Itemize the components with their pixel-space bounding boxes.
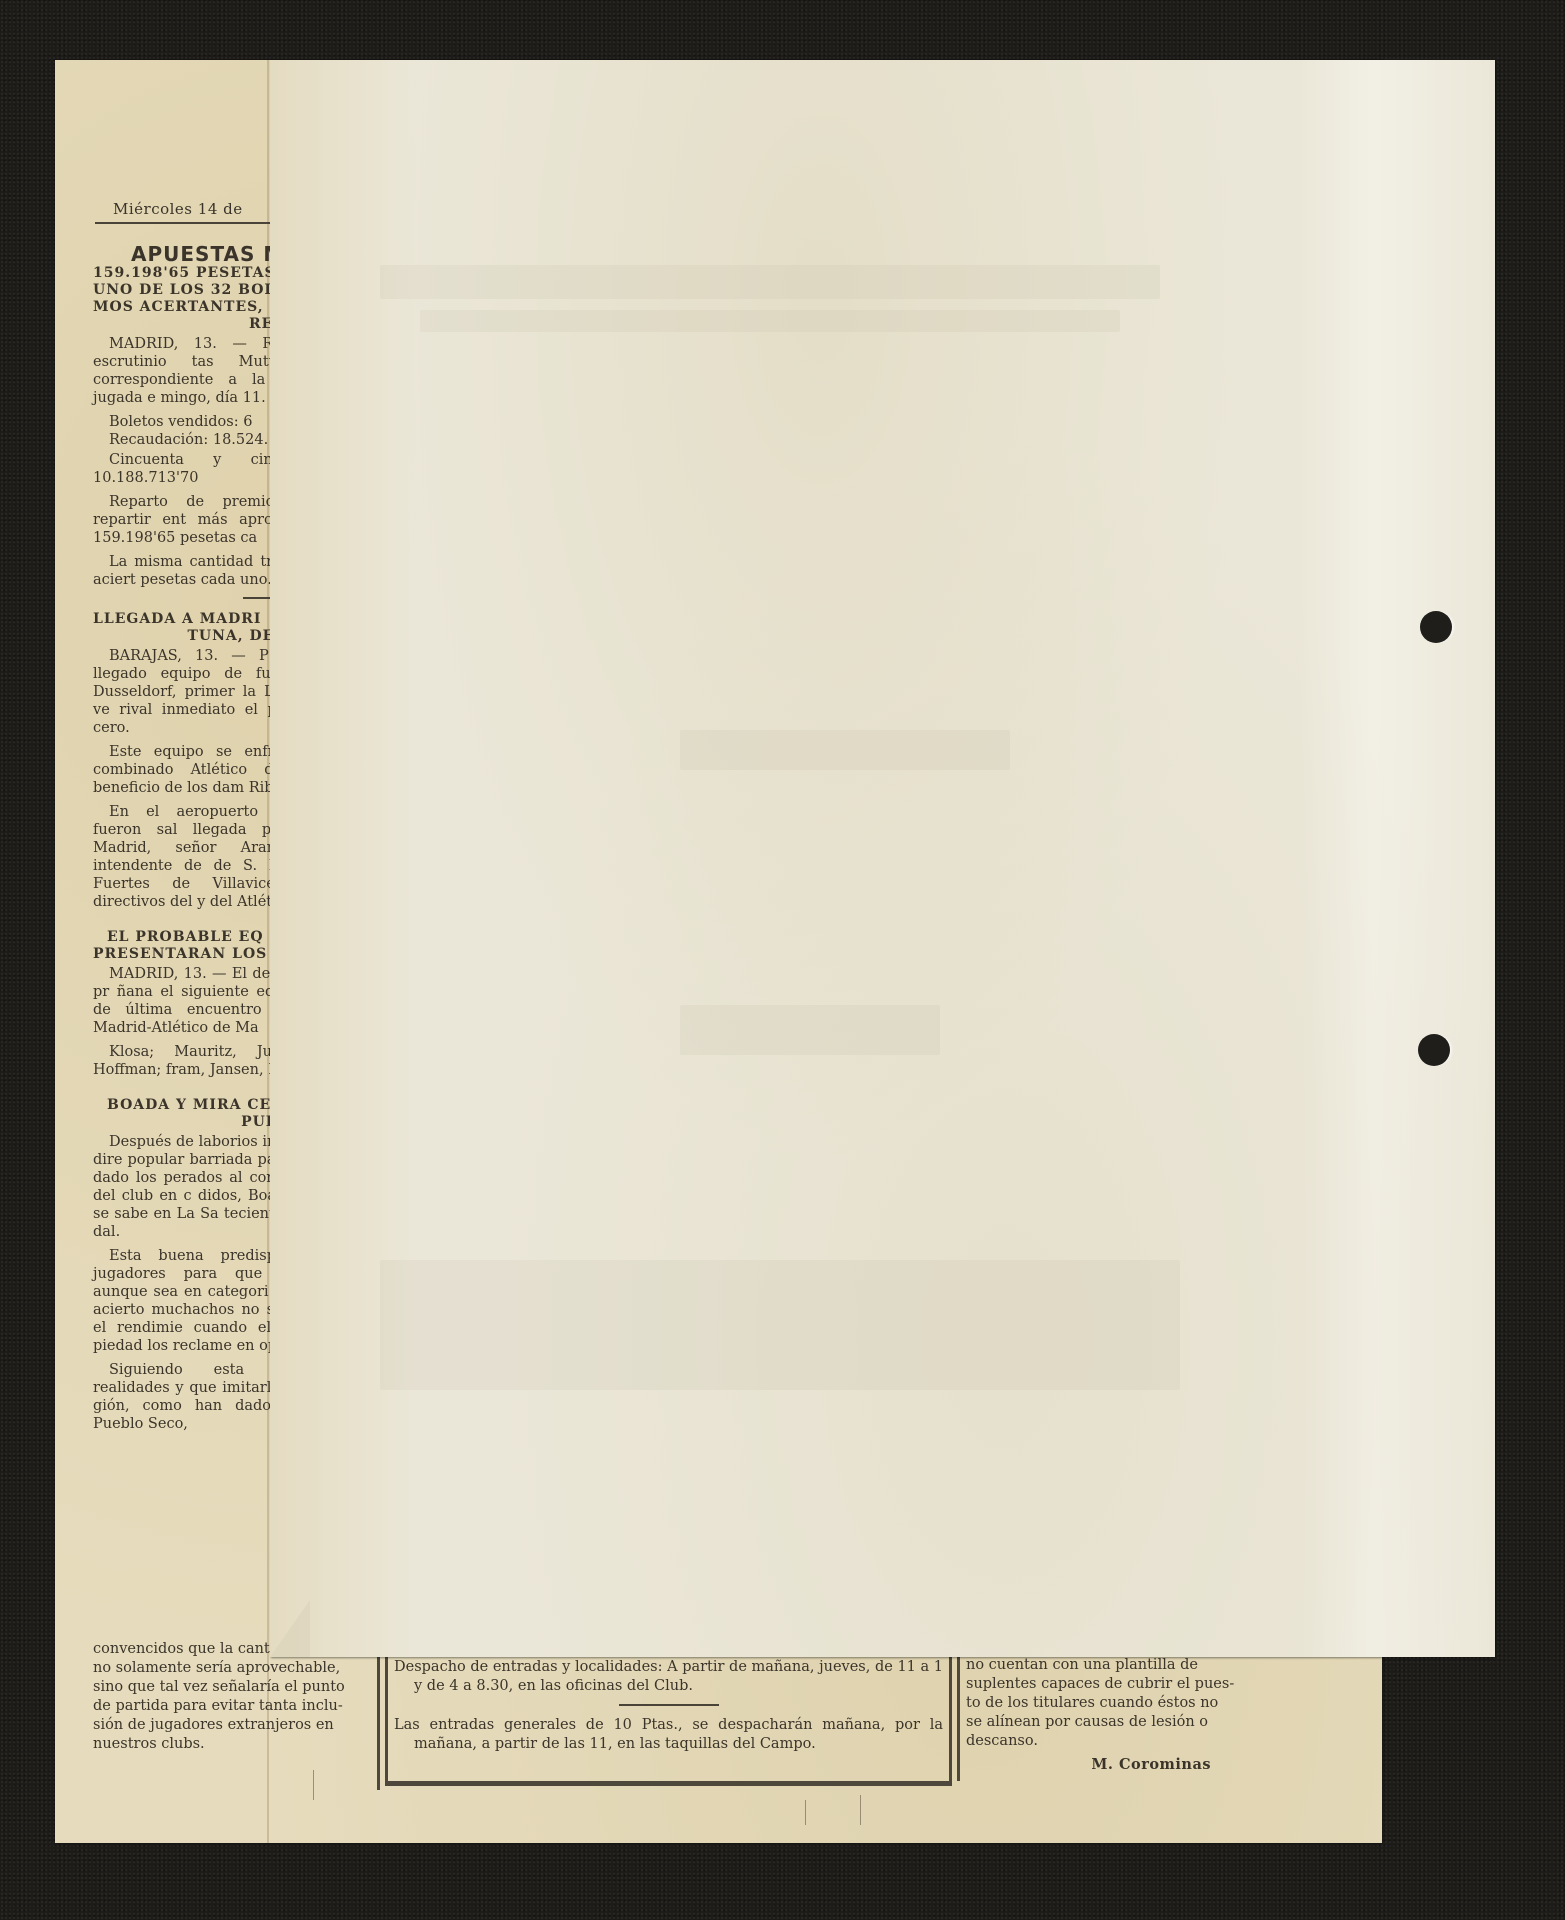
text-line: nuestros clubs. [93, 1735, 378, 1754]
tear-mark [805, 1800, 806, 1825]
notice-text: Las entradas generales de 10 Ptas., se d… [394, 1716, 943, 1754]
text-line: sión de jugadores extranjeros en [93, 1716, 378, 1735]
bleed-through-mark [380, 1260, 1180, 1390]
text-line: se alínean por causas de lesión o [966, 1713, 1251, 1732]
bleed-through-mark [420, 310, 1120, 332]
punch-hole-bottom [1418, 1034, 1450, 1066]
text-line: de partida para evitar tanta inclu- [93, 1697, 378, 1716]
byline-signature: M. Corominas [966, 1755, 1251, 1774]
tear-mark [313, 1770, 314, 1800]
text-line: no solamente sería aprovechable, [93, 1659, 378, 1678]
text-line: suplentes capaces de cubrir el pues- [966, 1675, 1251, 1694]
notice-text: Despacho de entradas y localidades: A pa… [394, 1656, 943, 1696]
text-line: sino que tal vez señalaría el punto [93, 1678, 378, 1697]
article-continuation: convencidos que la cantera local, no sol… [93, 1640, 378, 1754]
blank-overlay-sheet [270, 60, 1495, 1657]
bleed-through-mark [680, 730, 1010, 770]
folded-corner [270, 1600, 310, 1657]
tear-mark [860, 1795, 861, 1825]
dateline: Miércoles 14 de [113, 200, 243, 218]
text-line: descanso. [966, 1732, 1251, 1751]
ticket-notice-box: Despacho de entradas y localidades: A pa… [385, 1656, 952, 1786]
article-ending: no cuentan con una plantilla de suplente… [966, 1656, 1251, 1774]
bleed-through-mark [380, 265, 1160, 299]
column-rule [377, 1650, 380, 1790]
text-line: to de los titulares cuando éstos no [966, 1694, 1251, 1713]
notice-divider [619, 1704, 719, 1706]
bleed-through-mark [680, 1005, 940, 1055]
punch-hole-top [1420, 611, 1452, 643]
column-rule [957, 1656, 960, 1781]
text-line: no cuentan con una plantilla de [966, 1656, 1251, 1675]
